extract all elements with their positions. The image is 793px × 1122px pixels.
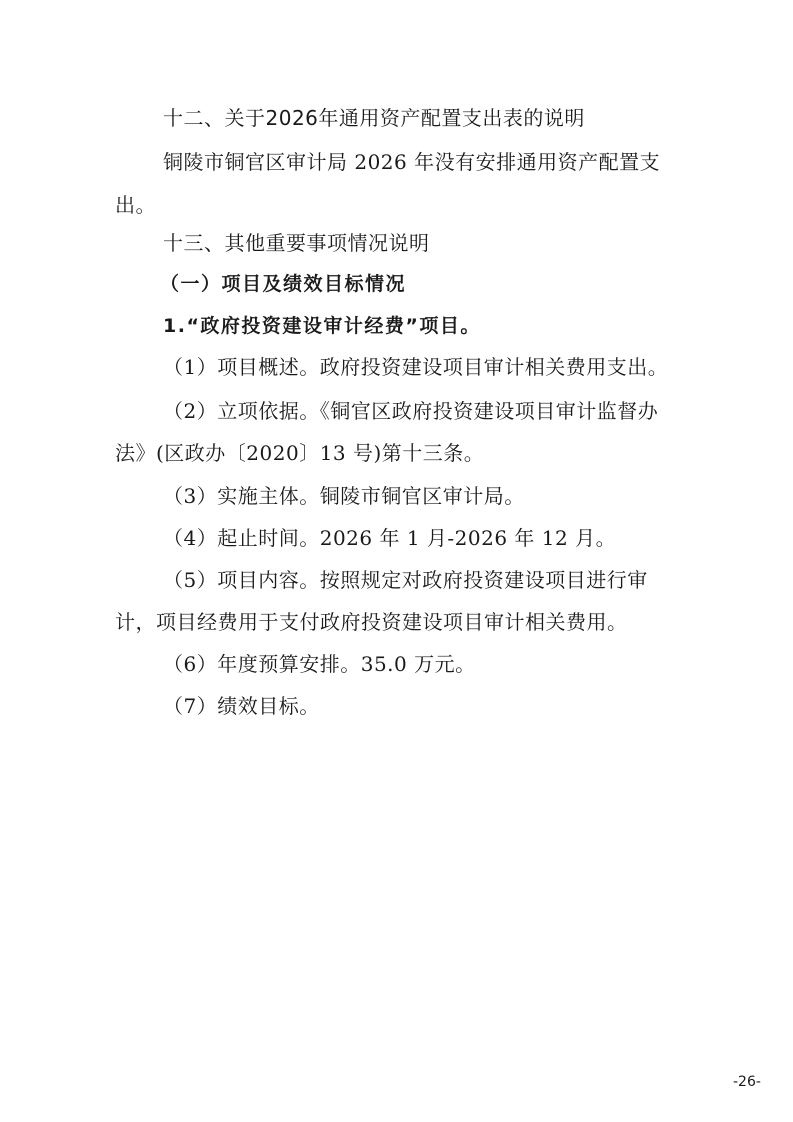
document-page: 十二、关于2026年通用资产配置支出表的说明 铜陵市铜官区审计局 2026 年没… bbox=[0, 0, 793, 1122]
item-line: （5）项目内容。按照规定对政府投资建设项目进行审 bbox=[163, 568, 648, 592]
item-title: 1.“政府投资建设审计经费”项目。 bbox=[163, 314, 481, 338]
paragraph-line: 出。 bbox=[115, 193, 156, 217]
page-number: -26- bbox=[733, 1074, 761, 1090]
item-line: （7）绩效目标。 bbox=[163, 694, 320, 718]
item-line: （2）立项依据。《铜官区政府投资建设项目审计监督办 bbox=[163, 399, 658, 423]
item-line: （1）项目概述。政府投资建设项目审计相关费用支出。 bbox=[163, 355, 668, 379]
item-line: （3）实施主体。铜陵市铜官区审计局。 bbox=[163, 484, 525, 508]
paragraph-line: 铜陵市铜官区审计局 2026 年没有安排通用资产配置支 bbox=[163, 150, 660, 174]
subsection-heading: （一）项目及绩效目标情况 bbox=[160, 272, 406, 296]
section-heading-13: 十三、其他重要事项情况说明 bbox=[163, 231, 430, 255]
item-line: （4）起止时间。2026 年 1 月-2026 年 12 月。 bbox=[163, 526, 616, 550]
section-heading-12: 十二、关于2026年通用资产配置支出表的说明 bbox=[163, 106, 585, 130]
item-line: （6）年度预算安排。35.0 万元。 bbox=[163, 652, 476, 676]
item-line: 计，项目经费用于支付政府投资建设项目审计相关费用。 bbox=[115, 610, 628, 634]
item-line: 法》(区政办〔2020〕13 号)第十三条。 bbox=[115, 441, 484, 465]
